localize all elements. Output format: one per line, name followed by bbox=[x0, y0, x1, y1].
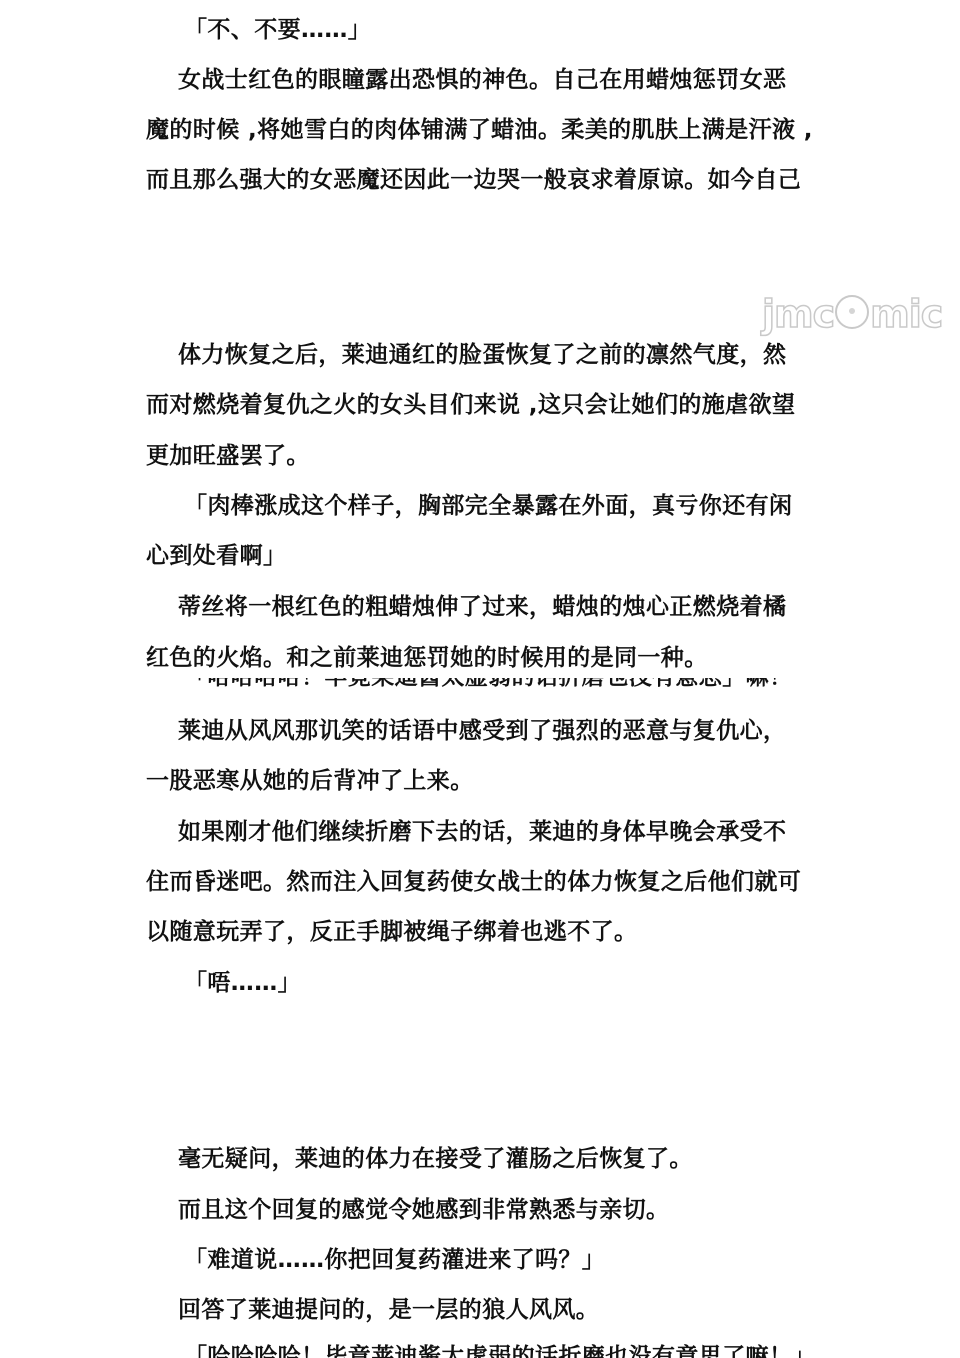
paragraph-line: 而对燃烧着复仇之火的女头目们来说 ,这只会让她们的施虐欲望 bbox=[146, 390, 795, 420]
dialogue-line: 「唔……」 bbox=[184, 968, 301, 998]
dialogue-line: 「不、不要……」 bbox=[184, 15, 371, 45]
watermark-logo: jmcmic bbox=[762, 292, 942, 336]
dialogue-line-cut: 「哈哈哈哈！毕竟莱迪酱太虚弱的话折磨也没有意思了嘛！」 bbox=[184, 1342, 816, 1358]
clipped-dialogue-line: 「哈哈哈哈！毕竟莱迪酱太虚弱的话折磨也没有意思」嘛！ bbox=[184, 678, 792, 690]
clipped-text: 「哈哈哈哈！毕竟莱迪酱太虚弱的话折磨也没有意思」嘛！ bbox=[184, 678, 792, 690]
paragraph-line: 莱迪从风风那讥笑的话语中感受到了强烈的恶意与复仇心， bbox=[178, 716, 786, 746]
paragraph-line: 红色的火焰。和之前莱迪惩罚她的时候用的是同一种。 bbox=[146, 643, 708, 673]
paragraph-line: 魔的时候 ,将她雪白的肉体铺满了蜡油。柔美的肌肤上满是汗液 , bbox=[146, 115, 813, 145]
paragraph-line: 一股恶寒从她的后背冲了上来。 bbox=[146, 766, 474, 796]
paragraph-line: 而且那么强大的女恶魔还因此一边哭一般哀求着原谅。如今自己 bbox=[146, 165, 801, 195]
mascot-o-icon bbox=[835, 295, 869, 329]
paragraph-line: 如果刚才他们继续折磨下去的话，莱迪的身体早晚会承受不 bbox=[178, 817, 786, 847]
paragraph-line: 蒂丝将一根红色的粗蜡烛伸了过来，蜡烛的烛心正燃烧着橘 bbox=[178, 592, 786, 622]
paragraph-line: 住而昏迷吧。然而注入回复药使女战士的体力恢复之后他们就可 bbox=[146, 867, 801, 897]
watermark-text-suffix: mic bbox=[870, 292, 942, 336]
paragraph-line: 更加旺盛罢了。 bbox=[146, 441, 310, 471]
dialogue-line: 心到处看啊」 bbox=[146, 541, 286, 571]
paragraph-line: 女战士红色的眼瞳露出恐惧的神色。自己在用蜡烛惩罚女恶 bbox=[178, 65, 786, 95]
paragraph-line: 以随意玩弄了，反正手脚被绳子绑着也逃不了。 bbox=[146, 917, 637, 947]
paragraph-line: 体力恢复之后，莱迪通红的脸蛋恢复了之前的凛然气度，然 bbox=[178, 340, 786, 370]
paragraph-line: 毫无疑问，莱迪的体力在接受了灌肠之后恢复了。 bbox=[178, 1144, 693, 1174]
paragraph-line: 回答了莱迪提问的，是一层的狼人风风。 bbox=[178, 1295, 599, 1325]
dialogue-line: 「肉棒涨成这个样子，胸部完全暴露在外面，真亏你还有闲 bbox=[184, 491, 792, 521]
paragraph-line: 而且这个回复的感觉令她感到非常熟悉与亲切。 bbox=[178, 1195, 669, 1225]
dialogue-line: 「难道说……你把回复药灌进来了吗？」 bbox=[184, 1245, 605, 1275]
watermark-text-prefix: jmc bbox=[762, 292, 834, 336]
